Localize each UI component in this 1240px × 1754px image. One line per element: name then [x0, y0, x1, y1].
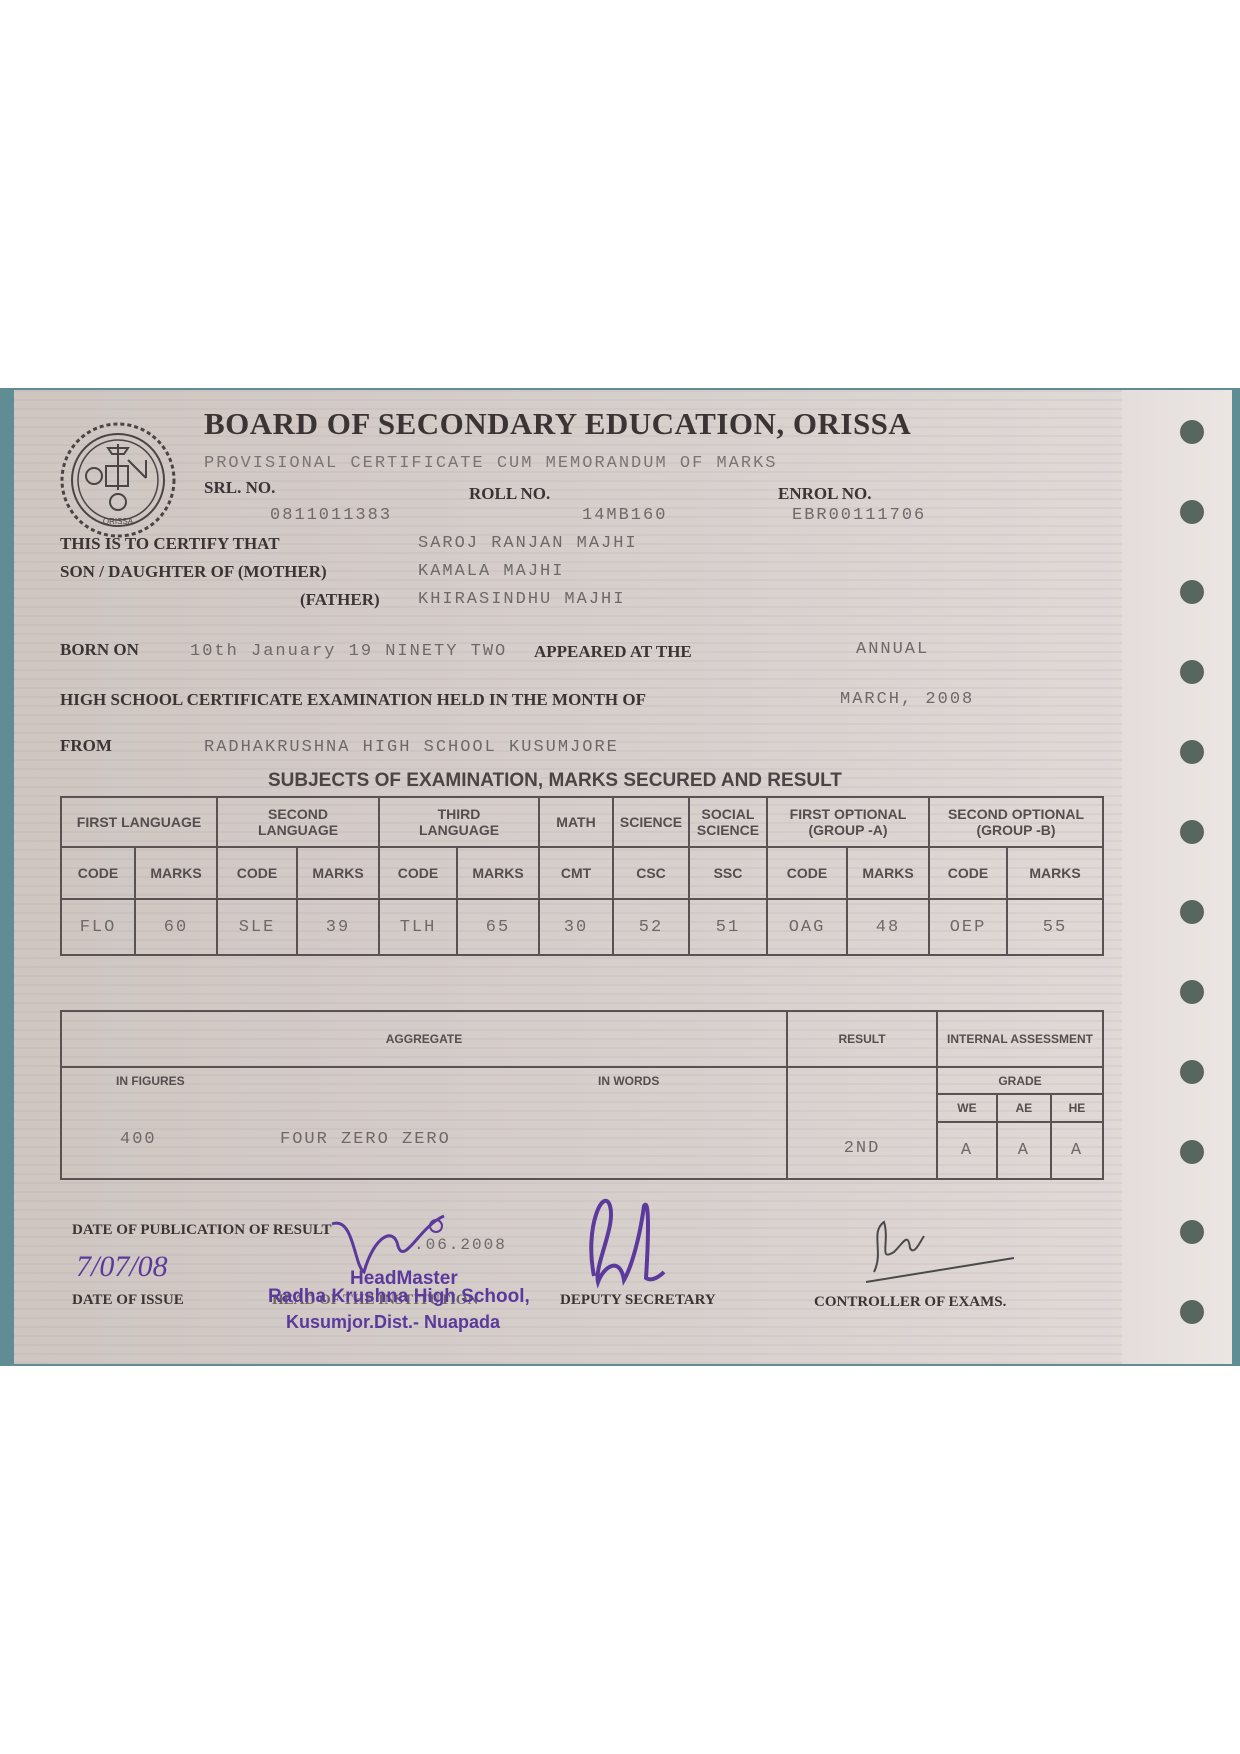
subheader-cell: MARKS [457, 847, 539, 899]
father-label: (FATHER) [300, 590, 380, 610]
stamp-district: Kusumjor.Dist.- Nuapada [286, 1312, 500, 1333]
in-figures-label: IN FIGURES [116, 1074, 185, 1088]
date-of-birth: 10th January 19 NINETY TWO [190, 642, 507, 661]
issue-date-handwritten: 7/07/08 [76, 1250, 168, 1284]
subheader-cell: CODE [379, 847, 457, 899]
stamp-school: Radha Krushna High School, [268, 1286, 530, 1308]
mother-label: SON / DAUGHTER OF (MOTHER) [60, 562, 327, 582]
grade-we: A [938, 1122, 997, 1178]
value-cell: OEP [929, 899, 1007, 955]
subheader-cell: CSC [613, 847, 689, 899]
subheader-cell: MARKS [847, 847, 929, 899]
punch-hole-icon [1180, 420, 1204, 444]
value-cell: 39 [297, 899, 379, 955]
mother-name: KAMALA MAJHI [418, 562, 564, 581]
aggregate-label: AGGREGATE [61, 1011, 787, 1067]
punch-hole-icon [1180, 980, 1204, 1004]
roll-no-value: 14MB160 [582, 506, 667, 525]
value-cell: OAG [767, 899, 847, 955]
in-words-label: IN WORDS [598, 1074, 659, 1088]
value-cell: FLO [61, 899, 135, 955]
aggregate-values-cell: IN FIGURES IN WORDS 400 FOUR ZERO ZERO [61, 1067, 787, 1179]
subheader-cell: CODE [61, 847, 135, 899]
grade-he: A [1051, 1122, 1102, 1178]
grade-ae: A [997, 1122, 1051, 1178]
grade-label: GRADE [938, 1068, 1102, 1094]
publication-date-label: DATE OF PUBLICATION OF RESULT [72, 1222, 332, 1239]
enrol-no-label: ENROL NO. [778, 484, 872, 504]
controller-label: CONTROLLER OF EXAMS. [814, 1294, 1006, 1311]
subheader-cell: CODE [929, 847, 1007, 899]
aggregate-figures: 400 [120, 1130, 157, 1149]
subject-subheader-row: CODE MARKS CODE MARKS CODE MARKS CMT CSC… [61, 847, 1103, 899]
punch-hole-icon [1180, 1060, 1204, 1084]
subjects-table: FIRST LANGUAGE SECONDLANGUAGE THIRDLANGU… [60, 796, 1104, 956]
aggregate-table: AGGREGATE RESULT INTERNAL ASSESSMENT IN … [60, 1010, 1104, 1180]
group-third-language: THIRDLANGUAGE [379, 797, 539, 847]
grade-cell: GRADE WE AE HE A A A [937, 1067, 1103, 1179]
grade-head-ae: AE [997, 1094, 1051, 1122]
certificate-paper: ORISSA BOARD OF SECONDARY EDUCATION, ORI… [14, 390, 1232, 1364]
grade-table: GRADE WE AE HE A A A [938, 1068, 1102, 1178]
punch-hole-icon [1180, 500, 1204, 524]
value-cell: 52 [613, 899, 689, 955]
exam-type: ANNUAL [856, 640, 929, 659]
perforated-margin [1122, 390, 1232, 1364]
controller-signature-icon [854, 1212, 1024, 1292]
value-cell: 60 [135, 899, 217, 955]
group-second-language: SECONDLANGUAGE [217, 797, 379, 847]
subject-group-row: FIRST LANGUAGE SECONDLANGUAGE THIRDLANGU… [61, 797, 1103, 847]
srl-no-label: SRL. NO. [204, 478, 275, 498]
grade-head-we: WE [938, 1094, 997, 1122]
subheader-cell: CMT [539, 847, 613, 899]
subheader-cell: CODE [767, 847, 847, 899]
grade-head-he: HE [1051, 1094, 1102, 1122]
roll-no-label: ROLL NO. [469, 484, 550, 504]
punch-hole-icon [1180, 740, 1204, 764]
punch-hole-icon [1180, 1220, 1204, 1244]
punch-hole-icon [1180, 660, 1204, 684]
issue-date-label: DATE OF ISSUE [72, 1292, 184, 1309]
punch-hole-icon [1180, 820, 1204, 844]
punch-hole-icon [1180, 580, 1204, 604]
value-cell: 51 [689, 899, 767, 955]
value-cell: TLH [379, 899, 457, 955]
srl-no-value: 0811011383 [270, 506, 392, 525]
punch-hole-icon [1180, 900, 1204, 924]
value-cell: 48 [847, 899, 929, 955]
subjects-heading: SUBJECTS OF EXAMINATION, MARKS SECURED A… [268, 770, 842, 792]
appeared-label: APPEARED AT THE [534, 642, 692, 662]
headmaster-signature-icon [324, 1206, 454, 1286]
internal-assessment-label: INTERNAL ASSESSMENT [937, 1011, 1103, 1067]
born-on-label: BORN ON [60, 640, 139, 660]
group-first-optional: FIRST OPTIONAL(GROUP -A) [767, 797, 929, 847]
aggregate-words: FOUR ZERO ZERO [280, 1130, 451, 1149]
svg-text:ORISSA: ORISSA [103, 517, 134, 526]
board-title: BOARD OF SECONDARY EDUCATION, ORISSA [204, 406, 911, 442]
father-name: KHIRASINDHU MAJHI [418, 590, 625, 609]
subheader-cell: MARKS [135, 847, 217, 899]
exam-label: HIGH SCHOOL CERTIFICATE EXAMINATION HELD… [60, 690, 646, 710]
group-science: SCIENCE [613, 797, 689, 847]
group-first-language: FIRST LANGUAGE [61, 797, 217, 847]
group-second-optional: SECOND OPTIONAL(GROUP -B) [929, 797, 1103, 847]
deputy-secretary-signature-icon [574, 1186, 674, 1296]
enrol-no-value: EBR00111706 [792, 506, 926, 525]
subheader-cell: MARKS [297, 847, 379, 899]
school-name: RADHAKRUSHNA HIGH SCHOOL KUSUMJORE [204, 738, 619, 757]
from-label: FROM [60, 736, 112, 756]
group-math: MATH [539, 797, 613, 847]
subject-values-row: FLO 60 SLE 39 TLH 65 30 52 51 OAG 48 OEP… [61, 899, 1103, 955]
subheader-cell: CODE [217, 847, 297, 899]
subheader-cell: MARKS [1007, 847, 1103, 899]
certify-label: THIS IS TO CERTIFY THAT [60, 534, 280, 554]
value-cell: SLE [217, 899, 297, 955]
candidate-name: SAROJ RANJAN MAJHI [418, 534, 638, 553]
exam-month: MARCH, 2008 [840, 690, 974, 709]
punch-hole-icon [1180, 1140, 1204, 1164]
board-seal-icon: ORISSA [58, 420, 178, 540]
result-label: RESULT [787, 1011, 937, 1067]
subheader-cell: SSC [689, 847, 767, 899]
value-cell: 55 [1007, 899, 1103, 955]
punch-hole-icon [1180, 1300, 1204, 1324]
group-social-science: SOCIALSCIENCE [689, 797, 767, 847]
result-value: 2ND [787, 1067, 937, 1179]
value-cell: 30 [539, 899, 613, 955]
certificate-subtitle: PROVISIONAL CERTIFICATE CUM MEMORANDUM O… [204, 454, 777, 473]
value-cell: 65 [457, 899, 539, 955]
